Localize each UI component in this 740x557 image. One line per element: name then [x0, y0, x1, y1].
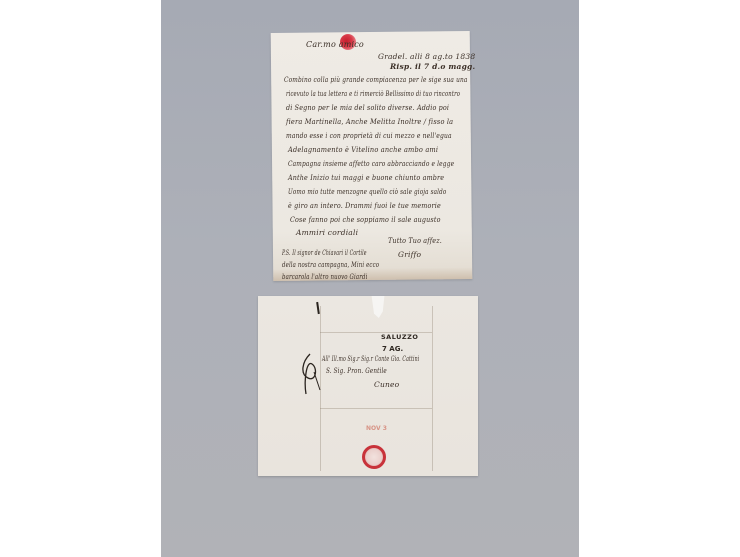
letter-body-line: Combino colla più grande compiacenza per…	[284, 75, 468, 84]
letter-body-line: Uomo mio tutte menzogne quello ciò sale …	[288, 187, 446, 196]
letter-signature: Griffo	[398, 250, 421, 259]
letter-body-line: mando esse i con proprietà di cui mezzo …	[286, 131, 452, 140]
red-wax-seal-bottom	[362, 445, 386, 469]
postal-mark-flourish	[296, 352, 326, 396]
letter-postscript-line: barcarola l'altro nuovo Giardi	[282, 272, 367, 281]
cover-address-line: All' Ill.mo Sig.r Sig.r Conte Gio. Catti…	[322, 354, 419, 363]
letter-postscript-line: P.S. Il signor de Chiavari il Cortile	[282, 248, 367, 257]
letter-body-line: fiera Martinella, Anche Melitta Inoltre …	[286, 117, 453, 126]
fold-line	[320, 408, 432, 409]
red-postal-stamp: NOV 3	[366, 425, 387, 432]
letter-reply-annotation: Risp. il 7 d.o magg.	[390, 62, 475, 71]
cover-destination: Cuneo	[374, 380, 399, 389]
letter-postscript-line: della nostra campagna, Mini ecco	[282, 260, 379, 269]
cover-address-line: S. Sig. Pron. Gentile	[326, 366, 387, 375]
letter-body-line: Cose fanno poi che soppiamo il sale augu…	[290, 215, 441, 224]
postal-stamp-town: SALUZZO	[381, 333, 418, 341]
letter-body-line: Anthe Inizio tui maggi e buone chiunto a…	[288, 173, 444, 182]
letter-body-line: Campagna insieme affetto caro abbraccian…	[288, 159, 454, 168]
letter-salutation: Car.mo amico	[306, 40, 364, 49]
letter-body-line: è giro an intero. Drammi fuoi le tue mem…	[288, 201, 441, 210]
postal-stamp-date: 7 AG.	[382, 345, 403, 353]
letter-body-line: Adelagnamento è Vitelino anche ambo ami	[288, 145, 438, 154]
letter-body-line: di Segno per le mia del solito diverse. …	[286, 103, 449, 112]
letter-closing: Tutto Tuo affez.	[388, 236, 442, 245]
fold-line	[432, 306, 433, 471]
letter-body-line: Ammiri cordiali	[296, 228, 358, 237]
letter-body-line: ricevuto la tua lettera e ti rimerciò Be…	[286, 89, 460, 98]
letter-place-date: Gradel. alli 8 ag.to 1838	[378, 52, 475, 61]
